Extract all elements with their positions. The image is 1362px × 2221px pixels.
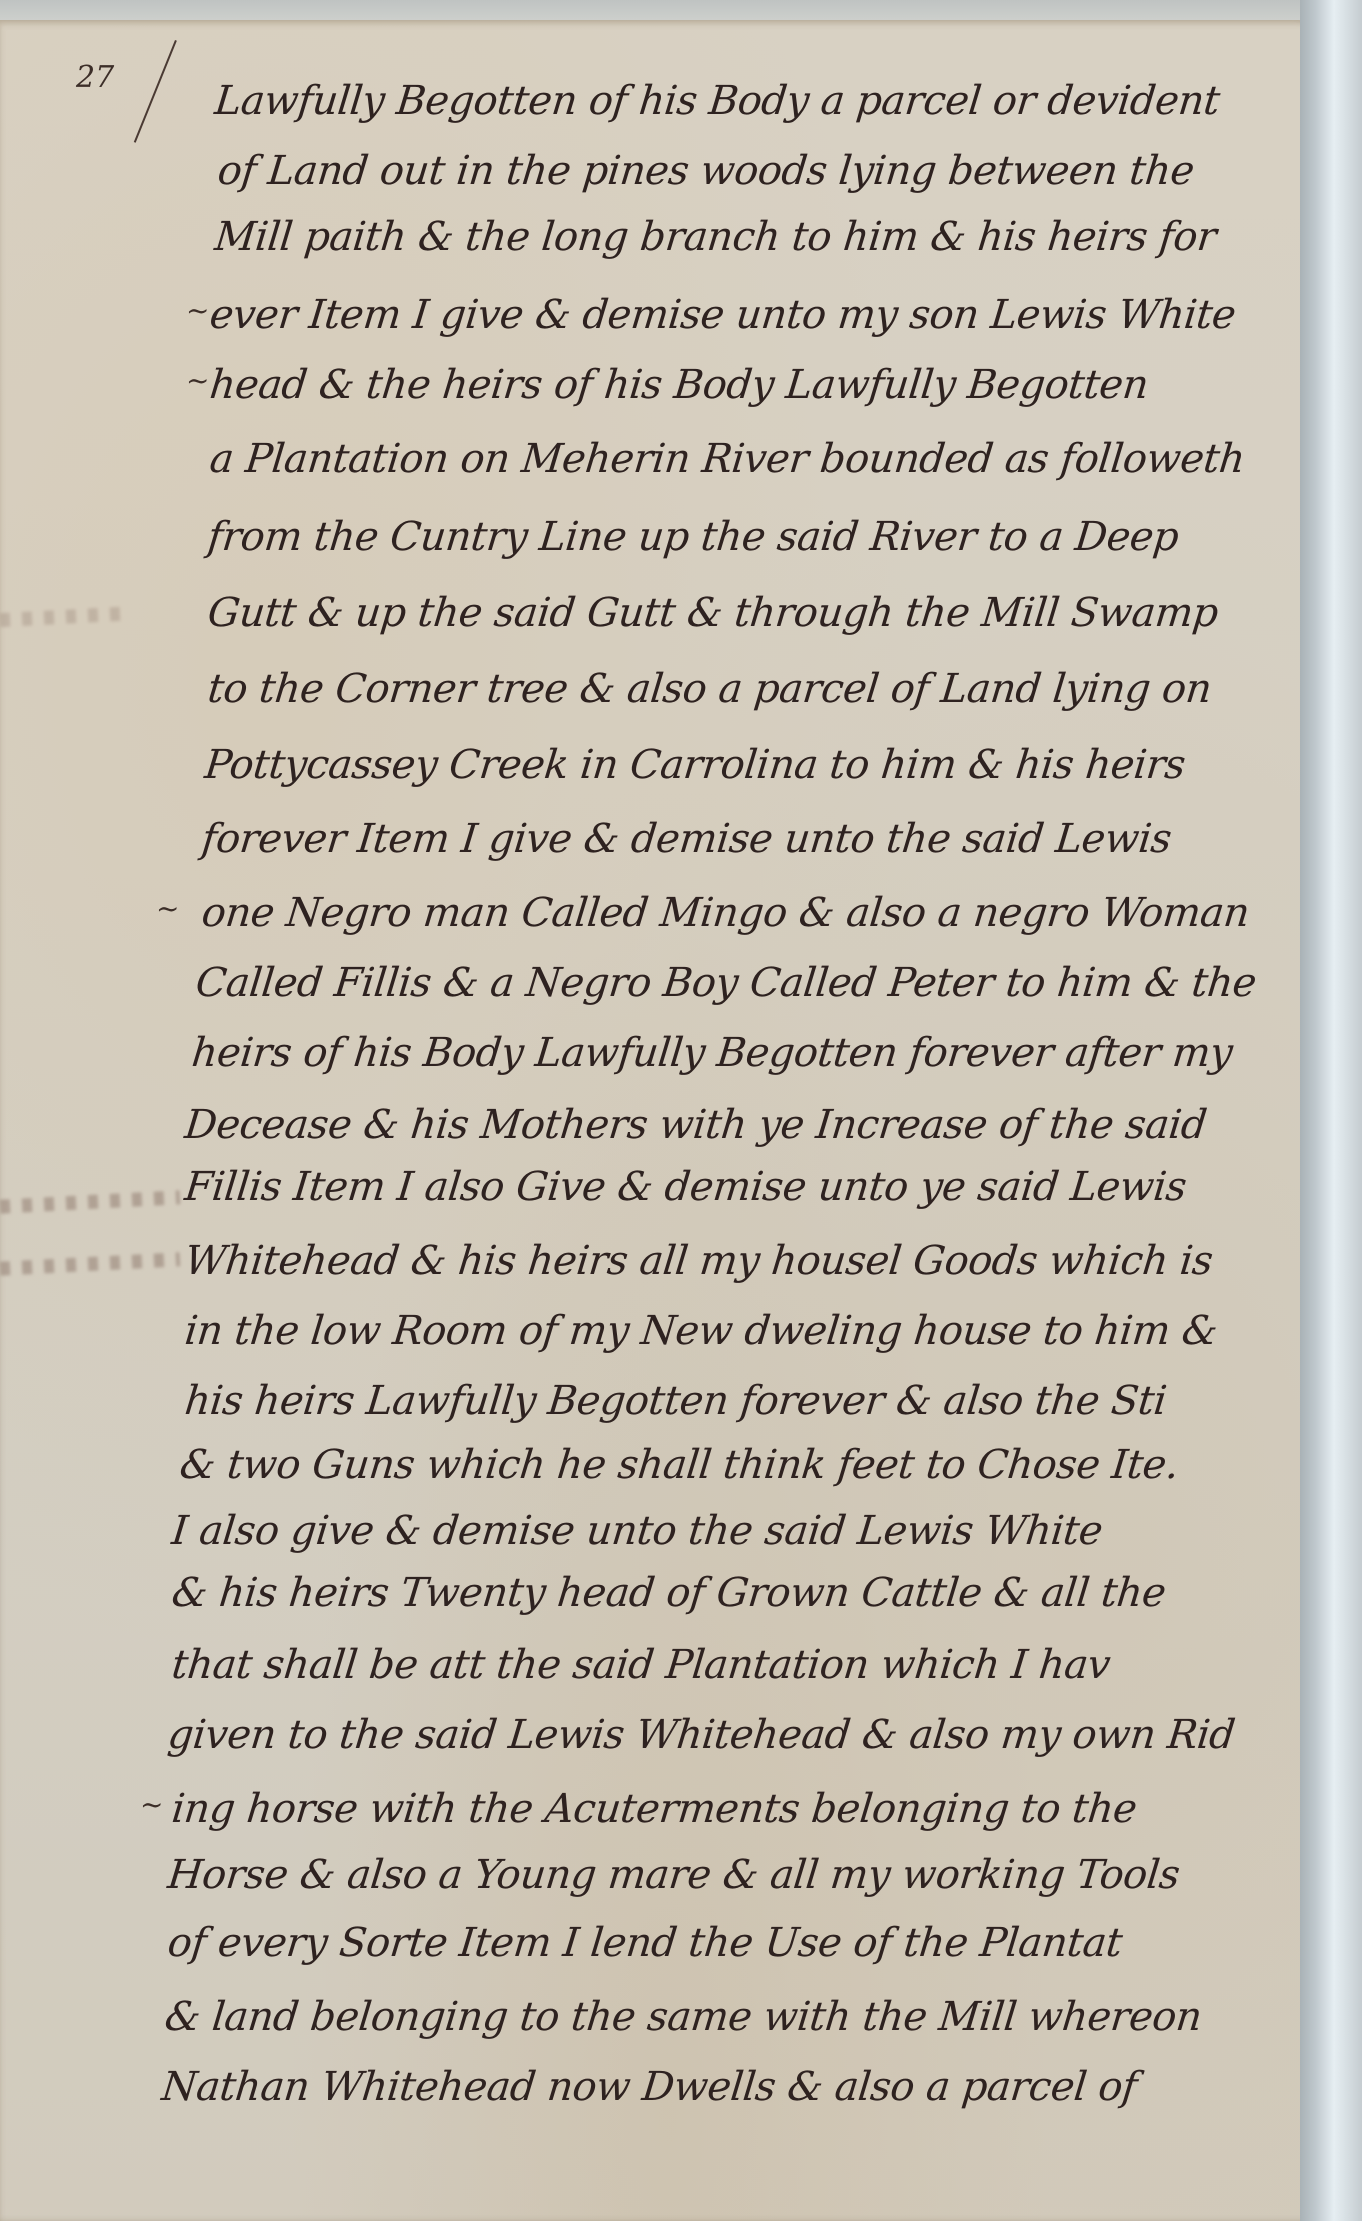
- text-line: given to the said Lewis Whitehead & also…: [166, 1712, 1237, 1758]
- text-line: from the Cuntry Line up the said River t…: [206, 514, 1181, 560]
- bleed-through-mark: [0, 1190, 180, 1213]
- text-line: heirs of his Body Lawfully Begotten fore…: [190, 1030, 1235, 1076]
- text-line: to the Corner tree & also a parcel of La…: [206, 666, 1214, 712]
- bleed-through-mark: [0, 1252, 180, 1275]
- text-line: Gutt & up the said Gutt & through the Mi…: [206, 590, 1221, 636]
- text-line: Nathan Whitehead now Dwells & also a par…: [160, 2064, 1139, 2110]
- text-line: of Land out in the pines woods lying bet…: [216, 148, 1197, 194]
- text-line: ing horse with the Acuterments belonging…: [170, 1786, 1139, 1832]
- text-line: Mill paith & the long branch to him & hi…: [213, 214, 1219, 260]
- plastic-sleeve-edge: [1300, 0, 1362, 2221]
- text-line: his heirs Lawfully Begotten forever & al…: [183, 1378, 1169, 1424]
- margin-tilde-mark: ~: [186, 294, 209, 327]
- text-line: forever Item I give & demise unto the sa…: [200, 816, 1174, 862]
- margin-tilde-mark: ~: [186, 364, 209, 397]
- text-line: of every Sorte Item I lend the Use of th…: [166, 1920, 1125, 1966]
- bleed-through-mark: [0, 607, 120, 627]
- text-line: & his heirs Twenty head of Grown Cattle …: [170, 1570, 1168, 1616]
- text-line: that shall be att the said Plantation wh…: [170, 1642, 1113, 1688]
- folio-number: 27: [76, 60, 114, 95]
- margin-tilde-mark: ~: [156, 892, 179, 925]
- text-line: ever Item I give & demise unto my son Le…: [208, 292, 1238, 338]
- text-line: & land belonging to the same with the Mi…: [163, 1994, 1204, 2040]
- text-line: Whitehead & his heirs all my housel Good…: [183, 1238, 1215, 1284]
- text-line: in the low Room of my New dweling house …: [183, 1308, 1220, 1354]
- text-line: Horse & also a Young mare & all my worki…: [166, 1852, 1182, 1898]
- text-line: Fillis Item I also Give & demise unto ye…: [183, 1164, 1189, 1210]
- text-line: one Negro man Called Mingo & also a negr…: [200, 890, 1252, 936]
- margin-tilde-mark: ~: [140, 1788, 163, 1821]
- text-line: Pottycassey Creek in Carrolina to him & …: [203, 742, 1188, 788]
- text-line: Lawfully Begotten of his Body a parcel o…: [213, 78, 1222, 124]
- text-line: I also give & demise unto the said Lewis…: [170, 1508, 1105, 1554]
- text-line: head & the heirs of his Body Lawfully Be…: [208, 362, 1151, 408]
- text-line: a Plantation on Meherin River bounded as…: [208, 436, 1247, 482]
- text-line: Decease & his Mothers with ye Increase o…: [183, 1102, 1209, 1148]
- text-line: Called Fillis & a Negro Boy Called Peter…: [194, 960, 1259, 1006]
- text-line: & two Guns which he shall think feet to …: [178, 1442, 1181, 1488]
